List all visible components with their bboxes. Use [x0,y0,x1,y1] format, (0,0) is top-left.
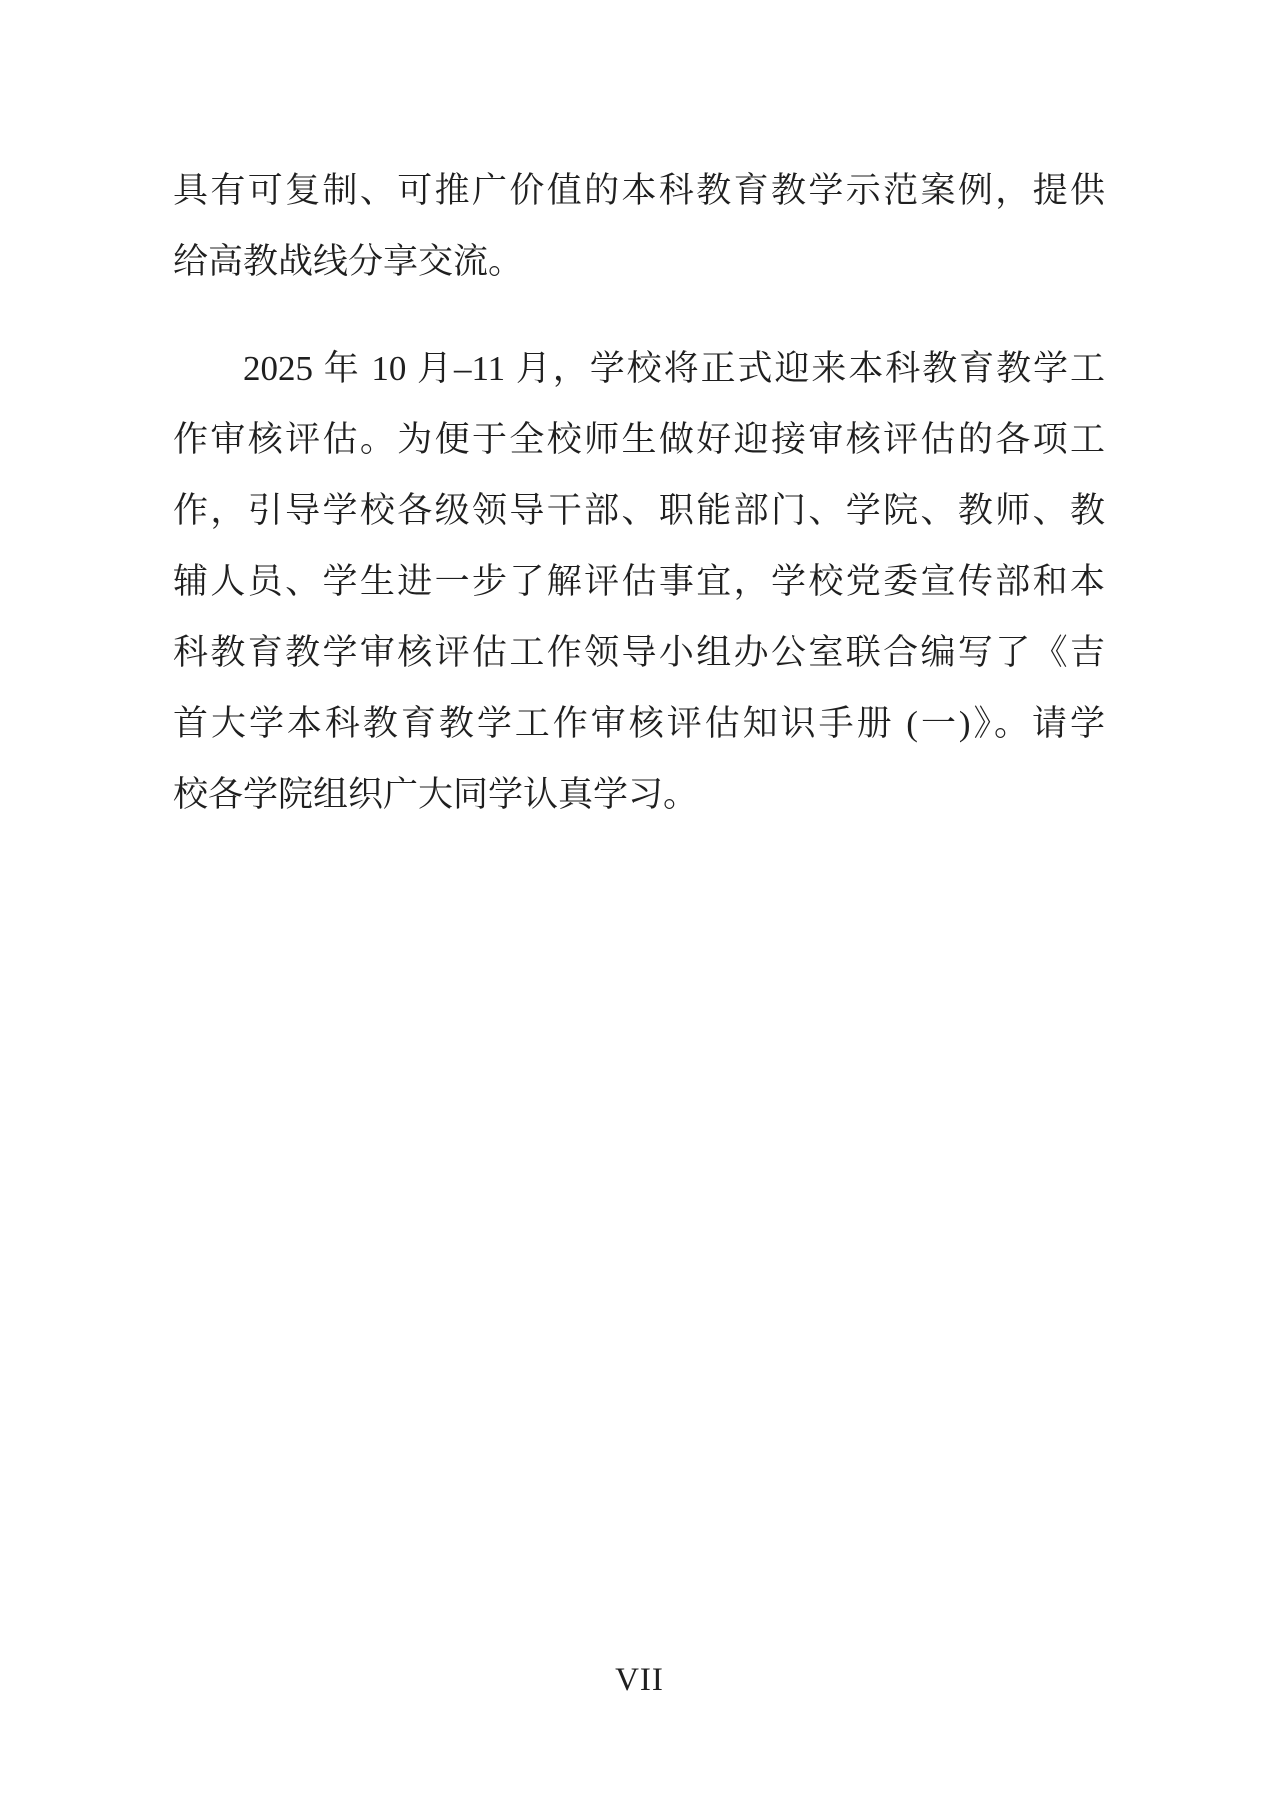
paragraph-announcement: 2025 年 10 月–11 月，学校将正式迎来本科教育教学工作审核评估。为便于… [173,333,1105,830]
page-number: VII [0,1660,1279,1700]
text-line: 辅人员、学生进一步了解评估事宜，学校党委宣传部和本 [173,546,1105,617]
text-line: 具有可复制、可推广价值的本科教育教学示范案例，提供 [173,155,1105,226]
text-line: 首大学本科教育教学工作审核评估知识手册 (一)》。请学 [173,688,1105,759]
text-line: 给高教战线分享交流。 [173,226,1105,297]
text-line: 作，引导学校各级领导干部、职能部门、学院、教师、教 [173,475,1105,546]
text-line: 2025 年 10 月–11 月，学校将正式迎来本科教育教学工 [173,333,1105,404]
text-line: 科教育教学审核评估工作领导小组办公室联合编写了《吉 [173,617,1105,688]
text-line: 校各学院组织广大同学认真学习。 [173,759,1105,830]
body-text: 具有可复制、可推广价值的本科教育教学示范案例，提供给高教战线分享交流。 2025… [173,155,1105,830]
text-line: 作审核评估。为便于全校师生做好迎接审核评估的各项工 [173,404,1105,475]
paragraph-continuation: 具有可复制、可推广价值的本科教育教学示范案例，提供给高教战线分享交流。 [173,155,1105,297]
document-page: 具有可复制、可推广价值的本科教育教学示范案例，提供给高教战线分享交流。 2025… [0,0,1279,1816]
